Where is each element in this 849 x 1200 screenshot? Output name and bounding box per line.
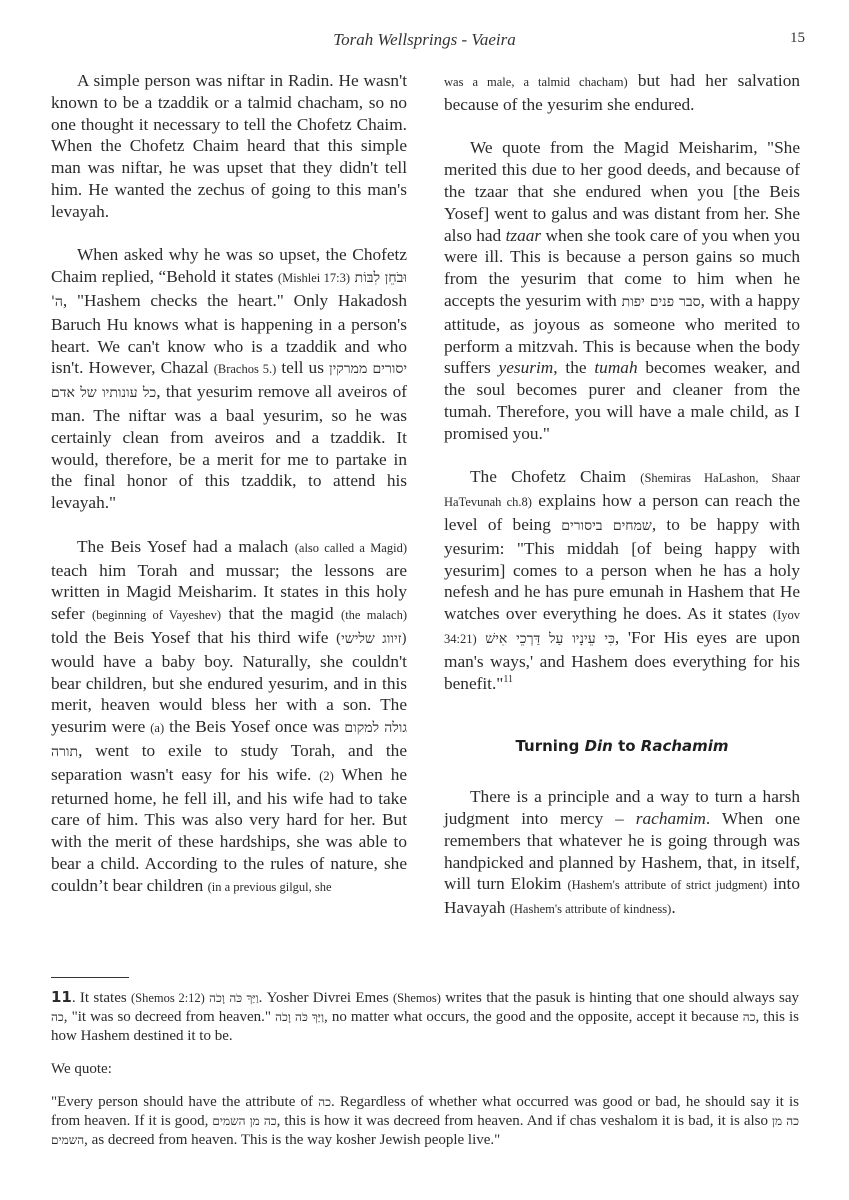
page-header: Torah Wellsprings - Vaeira 15 <box>0 30 849 54</box>
hebrew-quote: סבר פנים יפות <box>622 294 701 310</box>
footnote-divider <box>51 977 129 978</box>
list-marker: (a) <box>150 721 164 735</box>
hebrew-quote: וַיַּךְ כֹּה וָכֹה <box>209 991 258 1005</box>
paragraph-magid-meisharim-quote: We quote from the Magid Meisharim, "She … <box>444 137 800 444</box>
hebrew-quote: כה <box>318 1095 331 1109</box>
running-title: Torah Wellsprings - Vaeira <box>0 30 849 50</box>
paragraph-chofetz-chaim-reply: When asked why he was so upset, the Chof… <box>51 244 407 514</box>
source-ref: (beginning of Vayeshev) <box>92 608 221 622</box>
hebrew-quote: כה <box>51 1010 64 1024</box>
hebrew-quote: כִּי עֵינָיו עַל דַּרְכֵי אִישׁ <box>485 631 615 647</box>
footnotes-section: 11. It states (Shemos 2:12) וַיַּךְ כֹּה… <box>51 988 799 1164</box>
paragraph-shemiras-halashon: The Chofetz Chaim (Shemiras HaLashon, Sh… <box>444 466 800 694</box>
source-ref: was a male, a talmid chacham) <box>444 75 628 89</box>
footnote-reference[interactable]: 11 <box>503 674 513 685</box>
section-heading: Turning Din to Rachamim <box>444 736 800 758</box>
source-ref: (the malach) <box>341 608 407 622</box>
hebrew-quote: כה <box>743 1010 756 1024</box>
list-marker: (2) <box>319 769 334 783</box>
right-column: was a male, a talmid chacham) but had he… <box>444 70 800 943</box>
footnote-11: 11. It states (Shemos 2:12) וַיַּךְ כֹּה… <box>51 988 799 1046</box>
hebrew-quote: שמחים ביסורים <box>561 518 652 534</box>
source-ref: (Hashem's attribute of strict judgment) <box>567 878 767 892</box>
source-ref: (Hashem's attribute of kindness) <box>510 902 672 916</box>
source-ref: (also called a Magid) <box>295 541 407 555</box>
paragraph-beis-yosef: The Beis Yosef had a malach (also called… <box>51 536 407 899</box>
hebrew-quote: וַיַּךְ כֹּה וָכֹה <box>275 1010 324 1024</box>
source-ref: (Shemos 2:12) <box>131 991 205 1005</box>
source-ref: (in a previous gilgul, she <box>208 880 332 894</box>
paragraph-din-to-rachamim: There is a principle and a way to turn a… <box>444 786 800 921</box>
hebrew-quote: כה מן השמים <box>212 1114 276 1128</box>
footnote-quote: "Every person should have the attribute … <box>51 1093 799 1150</box>
paragraph-radin-story: A simple person was niftar in Radin. He … <box>51 70 407 223</box>
source-ref: (Brachos 5.) <box>214 362 277 376</box>
source-ref: (Mishlei 17:3) <box>278 271 350 285</box>
footnote-number: 11 <box>51 988 72 1006</box>
left-column: A simple person was niftar in Radin. He … <box>51 70 407 920</box>
paragraph-continuation: was a male, a talmid chacham) but had he… <box>444 70 800 116</box>
page-number: 15 <box>790 30 805 47</box>
footnote-we-quote: We quote: <box>51 1060 799 1079</box>
hebrew-quote: (זיווג שלישי) <box>336 631 407 647</box>
source-ref: (Shemos) <box>393 991 441 1005</box>
